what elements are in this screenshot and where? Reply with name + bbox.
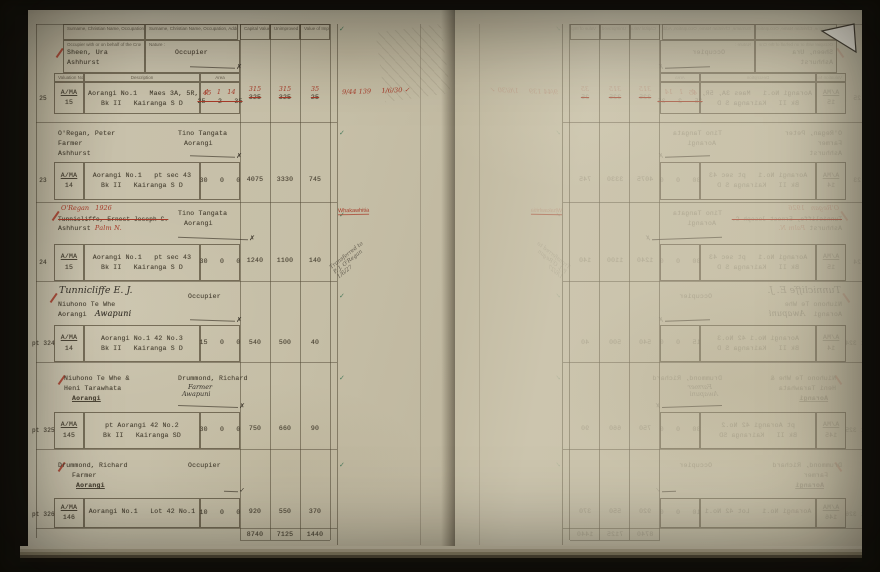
description-cell: Aorangi No.1 42 No.3 Bk II Kairanga S D bbox=[84, 325, 200, 362]
area-cell: 30 0 0 bbox=[200, 162, 240, 200]
green-check-icon: ✓ bbox=[339, 292, 345, 300]
unimproved-value: 660 bbox=[270, 424, 300, 434]
owner-name-struck: Tunnicliffe, Ernest Joseph C. bbox=[58, 215, 172, 224]
header-occupier: Surname, Christian Name, Occupation, Add… bbox=[145, 24, 238, 40]
description-line2: Bk II Kairanga S D bbox=[88, 263, 196, 273]
unimproved-value-red: 315 bbox=[270, 86, 300, 93]
margin-number: pt 325 bbox=[32, 426, 54, 435]
unimproved-value: 500 bbox=[270, 338, 300, 348]
valuation-number-cell: A/MA 14 bbox=[54, 325, 84, 362]
cross-glyph: ✗ bbox=[239, 402, 245, 410]
owner-name: O'Regan, Peter bbox=[58, 129, 172, 139]
right-page-printed-grid: Surname, Christian Name, Occupation, Add… bbox=[455, 10, 862, 546]
capital-value: 1240 bbox=[240, 256, 270, 266]
diagonal-transfer-note: Transferred to P. J. O'Regan 1/6/27 bbox=[329, 241, 372, 280]
valuation-roll-table: Surname, Christian Name, Occupation, Add… bbox=[28, 10, 455, 546]
area-value: 15 0 0 bbox=[200, 338, 241, 348]
occupier-address-handwritten: Awapuni bbox=[178, 391, 237, 398]
cross-glyph: ✗ bbox=[236, 152, 242, 160]
occupier-name: Tino Tangata bbox=[178, 129, 237, 139]
valuation-number: 14 bbox=[65, 181, 73, 191]
owner-address: Ashhurst bbox=[67, 58, 141, 68]
red-annotation-note: 9/44 139 1/6/30 ✓ bbox=[342, 87, 410, 97]
valuation-number-cell: A/MA 146 bbox=[54, 498, 84, 528]
area-cell: 30 0 0 bbox=[200, 244, 240, 281]
description-line1: Aorangi No.1 Lot 42 No.1 bbox=[88, 507, 196, 517]
description-text: Aorangi No.1 Maes 3A, 5R, bbox=[88, 90, 199, 97]
header-unimproved-value: Unimproved Value bbox=[270, 24, 300, 40]
owner-address-red: Palm N. bbox=[95, 224, 122, 232]
valuation-prefix: A/MA bbox=[61, 171, 77, 181]
unimproved-value-cell: 315 325 bbox=[270, 86, 300, 103]
unimproved-value-struck: 325 bbox=[270, 93, 300, 103]
description-line2: Bk II Kairanga S D bbox=[88, 99, 196, 109]
occupier-name: Occupier bbox=[149, 48, 236, 58]
owner-box: Occupier with or on behalf of the Crown … bbox=[63, 40, 145, 73]
owner-address-text: Aorangi bbox=[58, 311, 87, 318]
occupier-address: Aorangi bbox=[178, 139, 237, 149]
area-value: 30 0 0 bbox=[200, 176, 241, 186]
area-value: 10 0 0 bbox=[200, 508, 241, 518]
owner-box: O'Regan, Peter Farmer Ashhurst bbox=[55, 128, 175, 160]
owner-handwritten-name: Tunnicliffe E. J. bbox=[59, 286, 133, 296]
description-line1: pt Aorangi 42 No.2 bbox=[88, 421, 196, 431]
header-occupier-label: Surname, Christian Name, Occupation, Add… bbox=[149, 26, 238, 31]
margin-number: pt 326 bbox=[32, 510, 54, 519]
owner-name: Drummond, Richard bbox=[58, 461, 172, 471]
owner-occupation: Farmer bbox=[58, 139, 172, 149]
check-glyph: ✓ bbox=[239, 486, 245, 494]
improvements-value-cell: 35 25 bbox=[300, 86, 330, 103]
unimproved-value: 550 bbox=[270, 507, 300, 517]
capital-value: 540 bbox=[240, 338, 270, 348]
right-page: Surname, Christian Name, Occupation, Add… bbox=[455, 10, 862, 546]
description-line1: Aorangi No.1 pt sec 43 bbox=[88, 171, 196, 181]
subheader-description: Description bbox=[84, 73, 200, 82]
margin-number: 25 bbox=[32, 94, 54, 103]
header-owner: Surname, Christian Name, Occupation, Add… bbox=[63, 24, 145, 40]
cross-glyph: ✗ bbox=[236, 63, 242, 71]
page-stack-left-edge bbox=[16, 12, 28, 548]
valuation-number: 146 bbox=[63, 513, 75, 523]
description-cell: Aorangi No.1 pt sec 43 Bk II Kairanga S … bbox=[84, 162, 200, 200]
green-check-icon: ✓ bbox=[339, 374, 345, 382]
owner-address-text: Ashhurst bbox=[58, 225, 91, 232]
valuation-roll-table: Surname, Christian Name, Occupation, Add… bbox=[455, 10, 862, 546]
page-stack-bottom-edge bbox=[20, 546, 862, 562]
margin-number: 23 bbox=[32, 176, 54, 185]
owner-address: Ashhurst Palm N. bbox=[58, 224, 172, 234]
description-line1: Aorangi No.1 42 No.3 bbox=[88, 334, 196, 344]
description-cell: Aorangi No.1 Maes 3A, 5R, 45 Bk II Kaira… bbox=[84, 82, 200, 114]
occupier-address: Aorangi bbox=[178, 219, 237, 229]
header-owner-label: Surname, Christian Name, Occupation, Add… bbox=[67, 26, 145, 31]
area-cell: 4 1 14 25 2 35 bbox=[200, 82, 240, 114]
unimproved-value-total: 7125 bbox=[270, 530, 300, 540]
capital-value-cell: 315 325 bbox=[240, 86, 270, 103]
margin-number: 24 bbox=[32, 258, 54, 267]
description-cell: Aorangi No.1 pt sec 43 Bk II Kairanga S … bbox=[84, 244, 200, 281]
owner-name2: Heni Tarawhata bbox=[58, 384, 172, 394]
improvements-value-total: 1440 bbox=[300, 530, 330, 540]
area-cell: 10 0 0 bbox=[200, 498, 240, 528]
scanned-ledger-photo: N. 39 A 4 5 6 M Surname, Christian Name,… bbox=[0, 0, 880, 572]
improvements-value-red: 35 bbox=[300, 86, 330, 93]
capital-value: 4075 bbox=[240, 175, 270, 185]
cross-glyph: ✗ bbox=[236, 316, 242, 324]
improvements-value: 40 bbox=[300, 338, 330, 348]
valuation-number-cell: A/MA 15 bbox=[54, 82, 84, 114]
owner-note: Occupier with or on behalf of the Crown … bbox=[67, 42, 141, 48]
area-cell: 15 0 0 bbox=[200, 325, 240, 362]
owner-red-replacement: O'Regan 1926 bbox=[61, 205, 112, 212]
header-capital-value: Capital Value bbox=[240, 24, 270, 40]
folded-corner-icon bbox=[819, 22, 859, 56]
left-page: Surname, Christian Name, Occupation, Add… bbox=[28, 10, 455, 546]
valuation-number: 145 bbox=[63, 431, 75, 441]
area-struck-value: 25 2 35 bbox=[197, 97, 242, 107]
improvements-value: 370 bbox=[300, 507, 330, 517]
valuation-number: 14 bbox=[65, 344, 73, 354]
description-cell: Aorangi No.1 Lot 42 No.1 bbox=[84, 498, 200, 528]
occupier-name: Tino Tangata bbox=[178, 209, 237, 219]
owner-address: Aorangi Awapuni bbox=[58, 310, 172, 320]
owner-address: Aorangi bbox=[58, 394, 172, 404]
owner-box: Drummond, Richard Farmer Aorangi bbox=[55, 460, 175, 496]
description-line2: Bk II Kairanga SD bbox=[88, 431, 196, 441]
occupier-name: Occupier bbox=[178, 461, 237, 471]
description-line2: Bk II Kairanga S D bbox=[88, 181, 196, 191]
valuation-number: 15 bbox=[65, 263, 73, 273]
capital-value-struck: 325 bbox=[240, 93, 270, 103]
valuation-prefix: A/MA bbox=[61, 88, 77, 98]
area-cell: 30 0 0 bbox=[200, 412, 240, 449]
owner-address-handwritten: Awapuni bbox=[95, 309, 131, 318]
area-red-amendment: 4 1 14 bbox=[204, 89, 235, 96]
unimproved-value: 3330 bbox=[270, 175, 300, 185]
owner-address: Aorangi bbox=[58, 481, 172, 491]
capital-value: 920 bbox=[240, 507, 270, 517]
valuation-prefix: A/MA bbox=[61, 420, 77, 430]
description-line1: Aorangi No.1 pt sec 43 bbox=[88, 253, 196, 263]
valuation-number: 15 bbox=[65, 98, 73, 108]
area-value: 30 0 0 bbox=[200, 257, 241, 267]
improvements-value: 140 bbox=[300, 256, 330, 266]
unimproved-value: 1100 bbox=[270, 256, 300, 266]
occupier-name: Occupier bbox=[178, 292, 237, 302]
subheader-area: Area bbox=[200, 73, 240, 82]
improvements-value: 90 bbox=[300, 424, 330, 434]
subheader-valuation-no: Valuation No. bbox=[54, 73, 84, 82]
improvements-value: 745 bbox=[300, 175, 330, 185]
cross-glyph: ✗ bbox=[249, 234, 255, 242]
green-check-icon: ✓ bbox=[339, 129, 345, 137]
valuation-number-cell: A/MA 14 bbox=[54, 162, 84, 200]
valuation-prefix: A/MA bbox=[61, 252, 77, 262]
description-cell: pt Aorangi 42 No.2 Bk II Kairanga SD bbox=[84, 412, 200, 449]
valuation-number-cell: A/MA 145 bbox=[54, 412, 84, 449]
description-line1: Aorangi No.1 Maes 3A, 5R, 45 bbox=[88, 89, 196, 99]
green-check-icon: ✓ bbox=[339, 461, 345, 469]
margin-number: pt 324 bbox=[32, 339, 54, 348]
area-value: 30 0 0 bbox=[200, 425, 241, 435]
red-transfer-stamp: Whakawhitia bbox=[338, 208, 369, 216]
valuation-roll-table: Surname, Christian Name, Occupation, Add… bbox=[455, 10, 862, 546]
header-improvements-value: Value of Improvements bbox=[300, 24, 330, 40]
description-line2: Bk II Kairanga S D bbox=[88, 344, 196, 354]
owner-name: Sheen, Ura bbox=[67, 48, 141, 58]
owner-box: Tunnicliffe E. J. Niuhono Te Whe Aorangi… bbox=[55, 291, 175, 325]
right-page-ink-bleedthrough: Surname, Christian Name, Occupation, Add… bbox=[455, 10, 862, 546]
header-unimproved-label: Unimproved Value bbox=[274, 26, 300, 31]
header-improvements-label: Value of Improvements bbox=[304, 26, 330, 31]
owner-name: Niuhono Te Whe & bbox=[58, 374, 172, 384]
capital-value-red: 315 bbox=[240, 86, 270, 93]
green-check-icon: ✓ bbox=[339, 25, 345, 33]
owner-box: Niuhono Te Whe & Heni Tarawhata Aorangi bbox=[55, 373, 175, 411]
valuation-prefix: A/MA bbox=[61, 503, 77, 513]
capital-value: 750 bbox=[240, 424, 270, 434]
owner-address: Ashhurst bbox=[58, 149, 172, 159]
valuation-number-cell: A/MA 15 bbox=[54, 244, 84, 281]
improvements-value-struck: 25 bbox=[300, 93, 330, 103]
capital-value-total: 8740 bbox=[240, 530, 270, 540]
owner-box: O'Regan 1926 Tunnicliffe, Ernest Joseph … bbox=[55, 208, 175, 242]
header-capital-label: Capital Value bbox=[244, 26, 270, 31]
valuation-prefix: A/MA bbox=[61, 333, 77, 343]
owner-occupation: Farmer bbox=[58, 471, 172, 481]
